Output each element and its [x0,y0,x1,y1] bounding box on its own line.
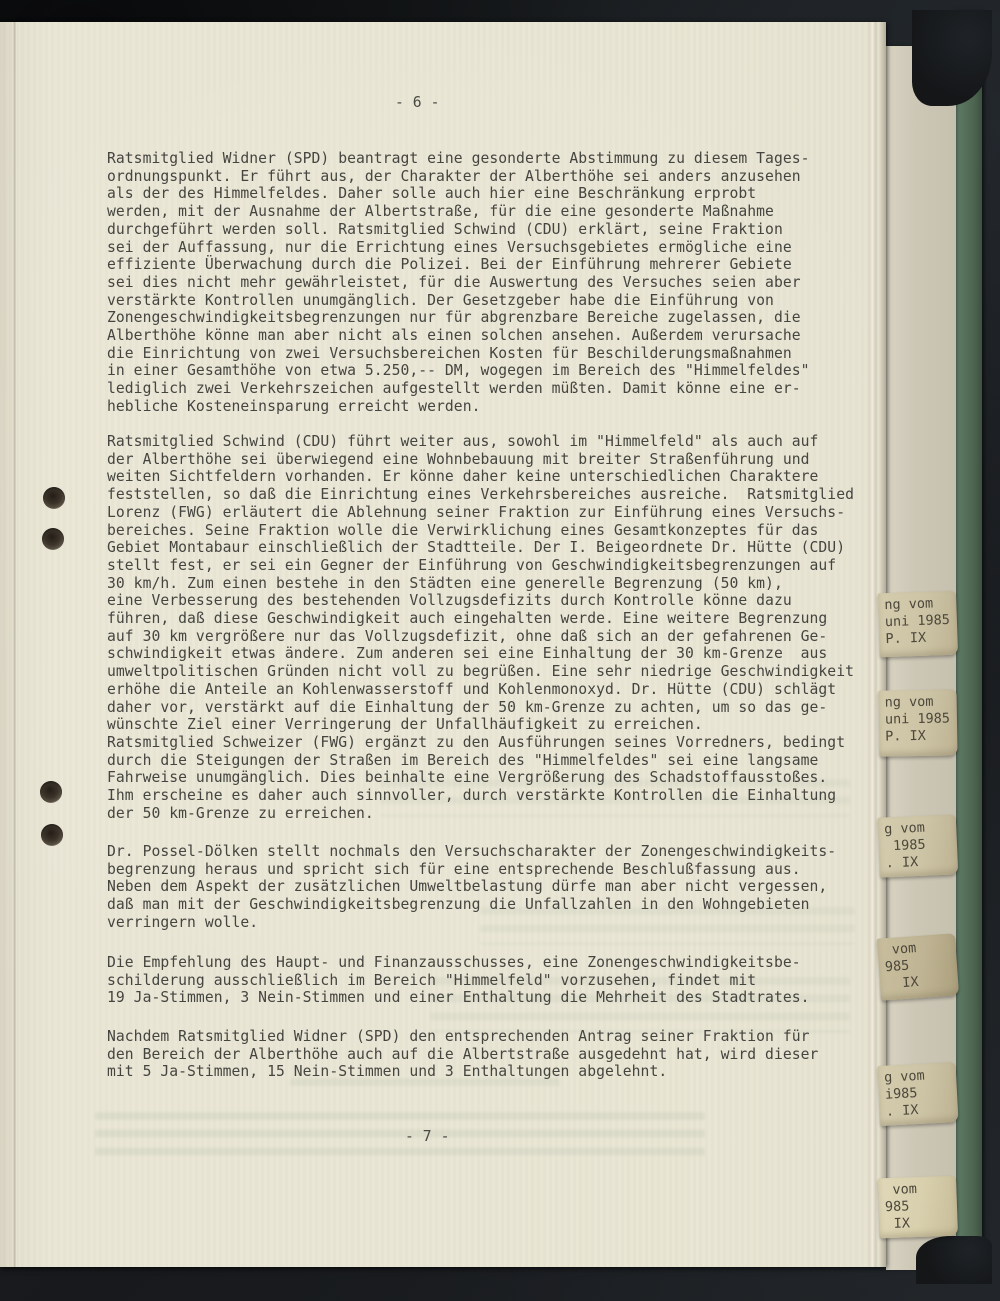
index-tab-label: vom 985 IX [883,937,958,993]
index-tab-label: ng vom uni 1985 P. IX [884,595,958,648]
binding-crease [13,22,17,1267]
paragraph-possel-doelken: Dr. Possel-Dölken stellt nochmals den Ve… [107,843,836,932]
paragraph-vote-result-amendment: Nachdem Ratsmitglied Widner (SPD) den en… [107,1028,818,1081]
index-tab-3: g vom 1985 . IX [878,814,959,877]
paragraph-widner-motion: Ratsmitglied Widner (SPD) beantragt eine… [107,150,810,416]
punch-hole [42,528,64,550]
page-number-top: - 6 - [395,94,439,111]
index-tab-label: g vom i985 . IX [884,1066,959,1121]
punch-hole [40,781,62,803]
index-tab-label: vom 985 IX [884,1180,958,1233]
index-tab-label: g vom 1985 . IX [884,818,958,872]
index-tab-5: g vom i985 . IX [877,1062,958,1126]
index-tab-4: vom 985 IX [877,933,959,1000]
index-tab-1: ng vom uni 1985 P. IX [878,591,958,658]
paragraph-schwind-huette-debate: Ratsmitglied Schwind (CDU) führt weiter … [107,433,854,822]
index-tab-6: vom 985 IX [878,1176,958,1239]
index-tab-label: ng vom uni 1985 P. IX [884,693,957,745]
leather-cover-corner-bottom [916,1236,992,1284]
page-number-bottom: - 7 - [405,1128,449,1145]
index-tab-2: ng vom uni 1985 P. IX [878,689,957,756]
paragraph-vote-result-main: Die Empfehlung des Haupt- und Finanzauss… [107,954,810,1007]
bleedthrough-text [95,1112,705,1164]
punch-hole [41,824,63,846]
punch-hole [43,487,65,509]
document-page: - 6 - Ratsmitglied Widner (SPD) beantrag… [0,22,886,1267]
